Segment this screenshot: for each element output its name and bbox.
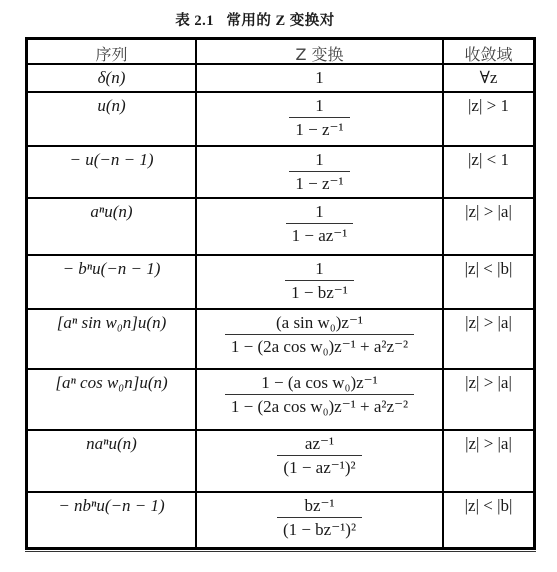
header-roc: 收敛域: [444, 40, 533, 63]
denominator: (1 − az⁻¹)²: [277, 455, 361, 478]
numerator: 1: [289, 150, 349, 171]
fraction: bz⁻¹ (1 − bz⁻¹)²: [277, 496, 362, 540]
fraction: 1 1 − bz⁻¹: [285, 259, 354, 303]
table-row: aⁿu(n) 1 1 − az⁻¹ |z| > |a|: [28, 199, 533, 256]
fraction: 1 1 − z⁻¹: [289, 150, 349, 194]
table-row: naⁿu(n) az⁻¹ (1 − az⁻¹)² |z| > |a|: [28, 431, 533, 493]
sequence-cell: δ(n): [28, 65, 197, 91]
roc-cell: |z| > |a|: [444, 199, 533, 254]
roc-cell: |z| < 1: [444, 147, 533, 197]
bottom-double-rule: [25, 551, 536, 552]
fraction: 1 − (a cos w₀)z⁻¹ 1 − (2a cos w₀)z⁻¹ + a…: [225, 373, 414, 417]
transform-cell: 1 1 − z⁻¹: [197, 93, 444, 145]
denominator: 1 − z⁻¹: [289, 171, 349, 194]
fraction: 1 1 − az⁻¹: [286, 202, 354, 246]
sequence-cell: [aⁿ sin w₀n]u(n): [28, 310, 197, 368]
table-row: − u(−n − 1) 1 1 − z⁻¹ |z| < 1: [28, 147, 533, 199]
table-row: − nbⁿu(−n − 1) bz⁻¹ (1 − bz⁻¹)² |z| < |b…: [28, 493, 533, 550]
numerator: 1: [286, 202, 354, 223]
roc-cell: |z| < |b|: [444, 256, 533, 308]
denominator: 1 − (2a cos w₀)z⁻¹ + a²z⁻²: [225, 334, 414, 357]
numerator: (a sin w₀)z⁻¹: [225, 313, 414, 334]
numerator: 1: [285, 259, 354, 280]
denominator: 1 − az⁻¹: [286, 223, 354, 246]
sequence-cell: naⁿu(n): [28, 431, 197, 491]
numerator: bz⁻¹: [277, 496, 362, 517]
transform-cell: bz⁻¹ (1 − bz⁻¹)²: [197, 493, 444, 550]
sequence-cell: − bⁿu(−n − 1): [28, 256, 197, 308]
roc-cell: |z| < |b|: [444, 493, 533, 550]
transform-cell: 1 1 − z⁻¹: [197, 147, 444, 197]
fraction: az⁻¹ (1 − az⁻¹)²: [277, 434, 361, 478]
table-row: δ(n) 1 ∀z: [28, 65, 533, 93]
header-sequence: 序列: [28, 40, 197, 63]
roc-cell: |z| > |a|: [444, 431, 533, 491]
denominator: 1 − z⁻¹: [289, 117, 349, 140]
numerator: az⁻¹: [277, 434, 361, 455]
transform-cell: az⁻¹ (1 − az⁻¹)²: [197, 431, 444, 491]
denominator: 1 − (2a cos w₀)z⁻¹ + a²z⁻²: [225, 394, 414, 417]
transform-cell: 1: [197, 65, 444, 91]
sequence-cell: u(n): [28, 93, 197, 145]
table-row: − bⁿu(−n − 1) 1 1 − bz⁻¹ |z| < |b|: [28, 256, 533, 310]
numerator: 1 − (a cos w₀)z⁻¹: [225, 373, 414, 394]
roc-cell: |z| > |a|: [444, 310, 533, 368]
z-transform-table: 序列 Z 变换 收敛域 δ(n) 1 ∀z u(n) 1 1 − z⁻¹ |z|…: [25, 37, 536, 550]
table-caption: 表 2.1 常用的 Z 变换对: [0, 9, 510, 30]
transform-cell: 1 − (a cos w₀)z⁻¹ 1 − (2a cos w₀)z⁻¹ + a…: [197, 370, 444, 429]
transform-cell: (a sin w₀)z⁻¹ 1 − (2a cos w₀)z⁻¹ + a²z⁻²: [197, 310, 444, 368]
table-row: [aⁿ sin w₀n]u(n) (a sin w₀)z⁻¹ 1 − (2a c…: [28, 310, 533, 370]
roc-cell: ∀z: [444, 65, 533, 91]
sequence-cell: [aⁿ cos w₀n]u(n): [28, 370, 197, 429]
roc-cell: |z| > 1: [444, 93, 533, 145]
sequence-cell: aⁿu(n): [28, 199, 197, 254]
fraction: (a sin w₀)z⁻¹ 1 − (2a cos w₀)z⁻¹ + a²z⁻²: [225, 313, 414, 357]
header-row: 序列 Z 变换 收敛域: [28, 40, 533, 65]
sequence-cell: − nbⁿu(−n − 1): [28, 493, 197, 550]
denominator: (1 − bz⁻¹)²: [277, 517, 362, 540]
roc-cell: |z| > |a|: [444, 370, 533, 429]
numerator: 1: [289, 96, 349, 117]
table-row: [aⁿ cos w₀n]u(n) 1 − (a cos w₀)z⁻¹ 1 − (…: [28, 370, 533, 431]
transform-cell: 1 1 − bz⁻¹: [197, 256, 444, 308]
table-row: u(n) 1 1 − z⁻¹ |z| > 1: [28, 93, 533, 147]
fraction: 1 1 − z⁻¹: [289, 96, 349, 140]
denominator: 1 − bz⁻¹: [285, 280, 354, 303]
header-transform: Z 变换: [197, 40, 444, 63]
transform-cell: 1 1 − az⁻¹: [197, 199, 444, 254]
sequence-cell: − u(−n − 1): [28, 147, 197, 197]
